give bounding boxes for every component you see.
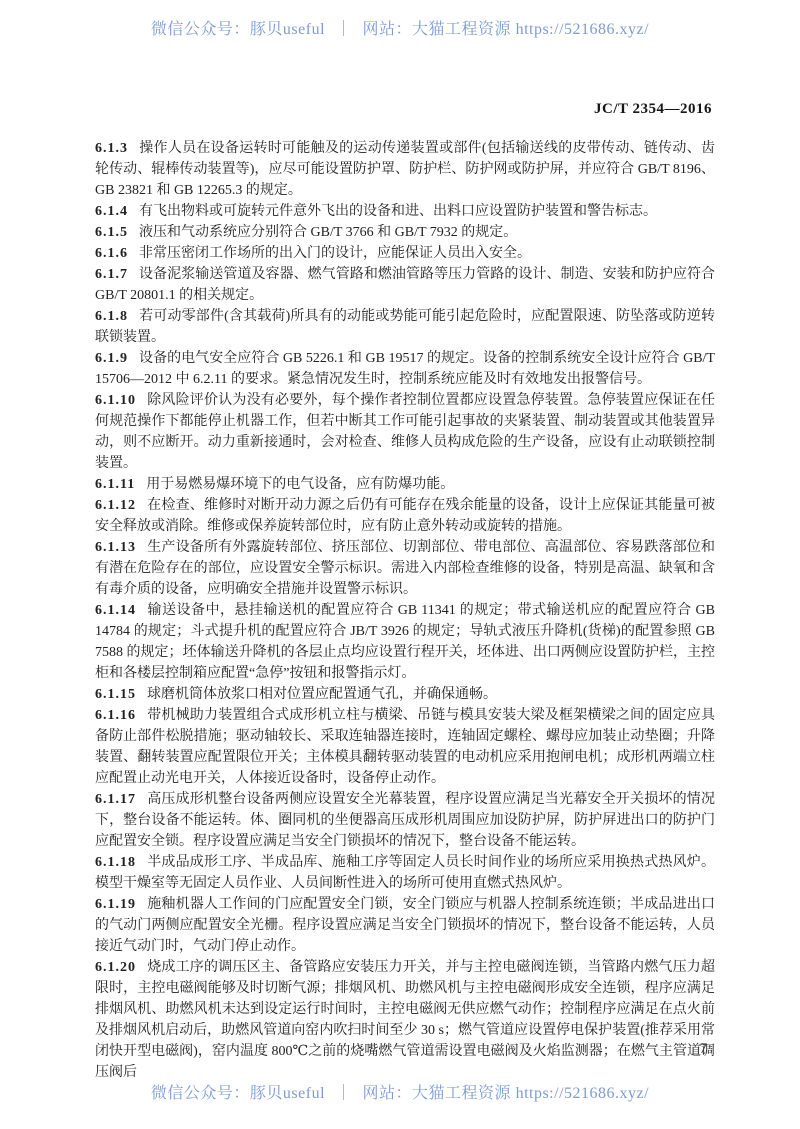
clause-number: 6.1.14 xyxy=(95,603,136,618)
watermark-separator: ｜ xyxy=(330,21,359,38)
watermark-account: 微信公众号：豚贝useful xyxy=(151,1085,325,1102)
clause-number: 6.1.13 xyxy=(95,540,136,555)
clause-6.1.5: 6.1.5液压和气动系统应分别符合 GB/T 3766 和 GB/T 7932 … xyxy=(95,222,715,243)
clause-list: 6.1.3操作人员在设备运转时可能触及的运动传递装置或部件(包括输送线的皮带传动… xyxy=(95,138,715,1083)
clause-text: 非常压密闭工作场所的出入门的设计，应能保证人员出入安全。 xyxy=(139,246,531,261)
clause-text: 施釉机器人工作间的门应配置安全门锁，安全门锁应与机器人控制系统连锁；半成品进出口… xyxy=(95,897,715,954)
clause-number: 6.1.4 xyxy=(95,204,128,219)
watermark-footer: 微信公众号：豚贝useful ｜ 网站：大猫工程资源 https://52168… xyxy=(0,1080,800,1103)
clause-6.1.18: 6.1.18半成品成形工序、半成品库、施釉工序等固定人员长时间作业的场所应采用换… xyxy=(95,852,715,894)
clause-number: 6.1.20 xyxy=(95,960,136,975)
clause-number: 6.1.17 xyxy=(95,792,136,807)
clause-number: 6.1.18 xyxy=(95,855,136,870)
clause-6.1.7: 6.1.7设备泥浆输送管道及容器、燃气管路和燃油管路等压力管路的设计、制造、安装… xyxy=(95,264,715,306)
watermark-separator: ｜ xyxy=(330,1085,359,1102)
clause-6.1.3: 6.1.3操作人员在设备运转时可能触及的运动传递装置或部件(包括输送线的皮带传动… xyxy=(95,138,715,201)
clause-6.1.8: 6.1.8若可动零部件(含其载荷)所具有的动能或势能可能引起危险时，应配置限速、… xyxy=(95,306,715,348)
clause-number: 6.1.19 xyxy=(95,897,136,912)
clause-number: 6.1.16 xyxy=(95,708,136,723)
clause-number: 6.1.12 xyxy=(95,498,136,513)
clause-text: 操作人员在设备运转时可能触及的运动传递装置或部件(包括输送线的皮带传动、链传动、… xyxy=(95,141,715,198)
clause-6.1.6: 6.1.6非常压密闭工作场所的出入门的设计，应能保证人员出入安全。 xyxy=(95,243,715,264)
clause-6.1.13: 6.1.13生产设备所有外露旋转部位、挤压部位、切割部位、带电部位、高温部位、容… xyxy=(95,537,715,600)
clause-6.1.12: 6.1.12在检查、维修时对断开动力源之后仍有可能存在残余能量的设备，设计上应保… xyxy=(95,495,715,537)
page-number: 7 xyxy=(700,1041,708,1058)
clause-6.1.19: 6.1.19施釉机器人工作间的门应配置安全门锁，安全门锁应与机器人控制系统连锁；… xyxy=(95,894,715,957)
clause-number: 6.1.3 xyxy=(95,141,128,156)
clause-6.1.17: 6.1.17高压成形机整台设备两侧应设置安全光幕装置，程序设置应满足当光幕安全开… xyxy=(95,789,715,852)
watermark-site: 网站：大猫工程资源 xyxy=(363,21,512,38)
clause-number: 6.1.7 xyxy=(95,267,128,282)
clause-text: 生产设备所有外露旋转部位、挤压部位、切割部位、带电部位、高温部位、容易跌落部位和… xyxy=(95,540,715,597)
clause-text: 高压成形机整台设备两侧应设置安全光幕装置，程序设置应满足当光幕安全开关损坏的情况… xyxy=(95,792,715,849)
clause-text: 用于易燃易爆环境下的电气设备，应有防爆功能。 xyxy=(146,477,454,492)
clause-text: 液压和气动系统应分别符合 GB/T 3766 和 GB/T 7932 的规定。 xyxy=(139,225,517,240)
clause-number: 6.1.6 xyxy=(95,246,128,261)
doc-number: JC/T 2354—2016 xyxy=(594,101,712,118)
clause-6.1.20: 6.1.20烧成工序的调压区主、备管路应安装压力开关，并与主控电磁阀连锁，当管路… xyxy=(95,957,715,1083)
watermark-site: 网站：大猫工程资源 xyxy=(363,1085,512,1102)
clause-text: 除风险评价认为没有必要外，每个操作者控制位置都应设置急停装置。急停装置应保证在任… xyxy=(95,393,715,471)
clause-number: 6.1.8 xyxy=(95,309,128,324)
watermark-account: 微信公众号：豚贝useful xyxy=(151,21,325,38)
clause-6.1.15: 6.1.15球磨机筒体放浆口相对位置应配置通气孔，并确保通畅。 xyxy=(95,684,715,705)
clause-number: 6.1.10 xyxy=(95,393,136,408)
watermark-url: https://521686.xyz/ xyxy=(516,21,650,38)
watermark-url: https://521686.xyz/ xyxy=(516,1085,650,1102)
clause-6.1.11: 6.1.11用于易燃易爆环境下的电气设备，应有防爆功能。 xyxy=(95,474,715,495)
clause-6.1.9: 6.1.9设备的电气安全应符合 GB 5226.1 和 GB 19517 的规定… xyxy=(95,348,715,390)
clause-text: 设备泥浆输送管道及容器、燃气管路和燃油管路等压力管路的设计、制造、安装和防护应符… xyxy=(95,267,715,303)
clause-text: 烧成工序的调压区主、备管路应安装压力开关，并与主控电磁阀连锁，当管路内燃气压力超… xyxy=(95,960,715,1080)
clause-number: 6.1.9 xyxy=(95,351,128,366)
clause-6.1.10: 6.1.10除风险评价认为没有必要外，每个操作者控制位置都应设置急停装置。急停装… xyxy=(95,390,715,474)
clause-text: 设备的电气安全应符合 GB 5226.1 和 GB 19517 的规定。设备的控… xyxy=(95,351,715,387)
clause-text: 在检查、维修时对断开动力源之后仍有可能存在残余能量的设备，设计上应保证其能量可被… xyxy=(95,498,715,534)
clause-text: 输送设备中，悬挂输送机的配置应符合 GB 11341 的规定；带式输送机应的配置… xyxy=(95,603,715,681)
watermark-header: 微信公众号：豚贝useful ｜ 网站：大猫工程资源 https://52168… xyxy=(0,16,800,39)
clause-number: 6.1.15 xyxy=(95,687,136,702)
clause-text: 有飞出物料或可旋转元件意外飞出的设备和进、出料口应设置防护装置和警告标志。 xyxy=(139,204,657,219)
clause-text: 带机械助力装置组合式成形机立柱与横梁、吊链与模具安装大梁及框架横梁之间的固定应具… xyxy=(95,708,715,786)
clause-text: 若可动零部件(含其载荷)所具有的动能或势能可能引起危险时，应配置限速、防坠落或防… xyxy=(95,309,715,345)
clause-6.1.4: 6.1.4有飞出物料或可旋转元件意外飞出的设备和进、出料口应设置防护装置和警告标… xyxy=(95,201,715,222)
clause-6.1.16: 6.1.16带机械助力装置组合式成形机立柱与横梁、吊链与模具安装大梁及框架横梁之… xyxy=(95,705,715,789)
clause-text: 球磨机筒体放浆口相对位置应配置通气孔，并确保通畅。 xyxy=(147,687,497,702)
clause-number: 6.1.5 xyxy=(95,225,128,240)
clause-number: 6.1.11 xyxy=(95,477,135,492)
clause-text: 半成品成形工序、半成品库、施釉工序等固定人员长时间作业的场所应采用换热式热风炉。… xyxy=(95,855,715,891)
clause-6.1.14: 6.1.14输送设备中，悬挂输送机的配置应符合 GB 11341 的规定；带式输… xyxy=(95,600,715,684)
